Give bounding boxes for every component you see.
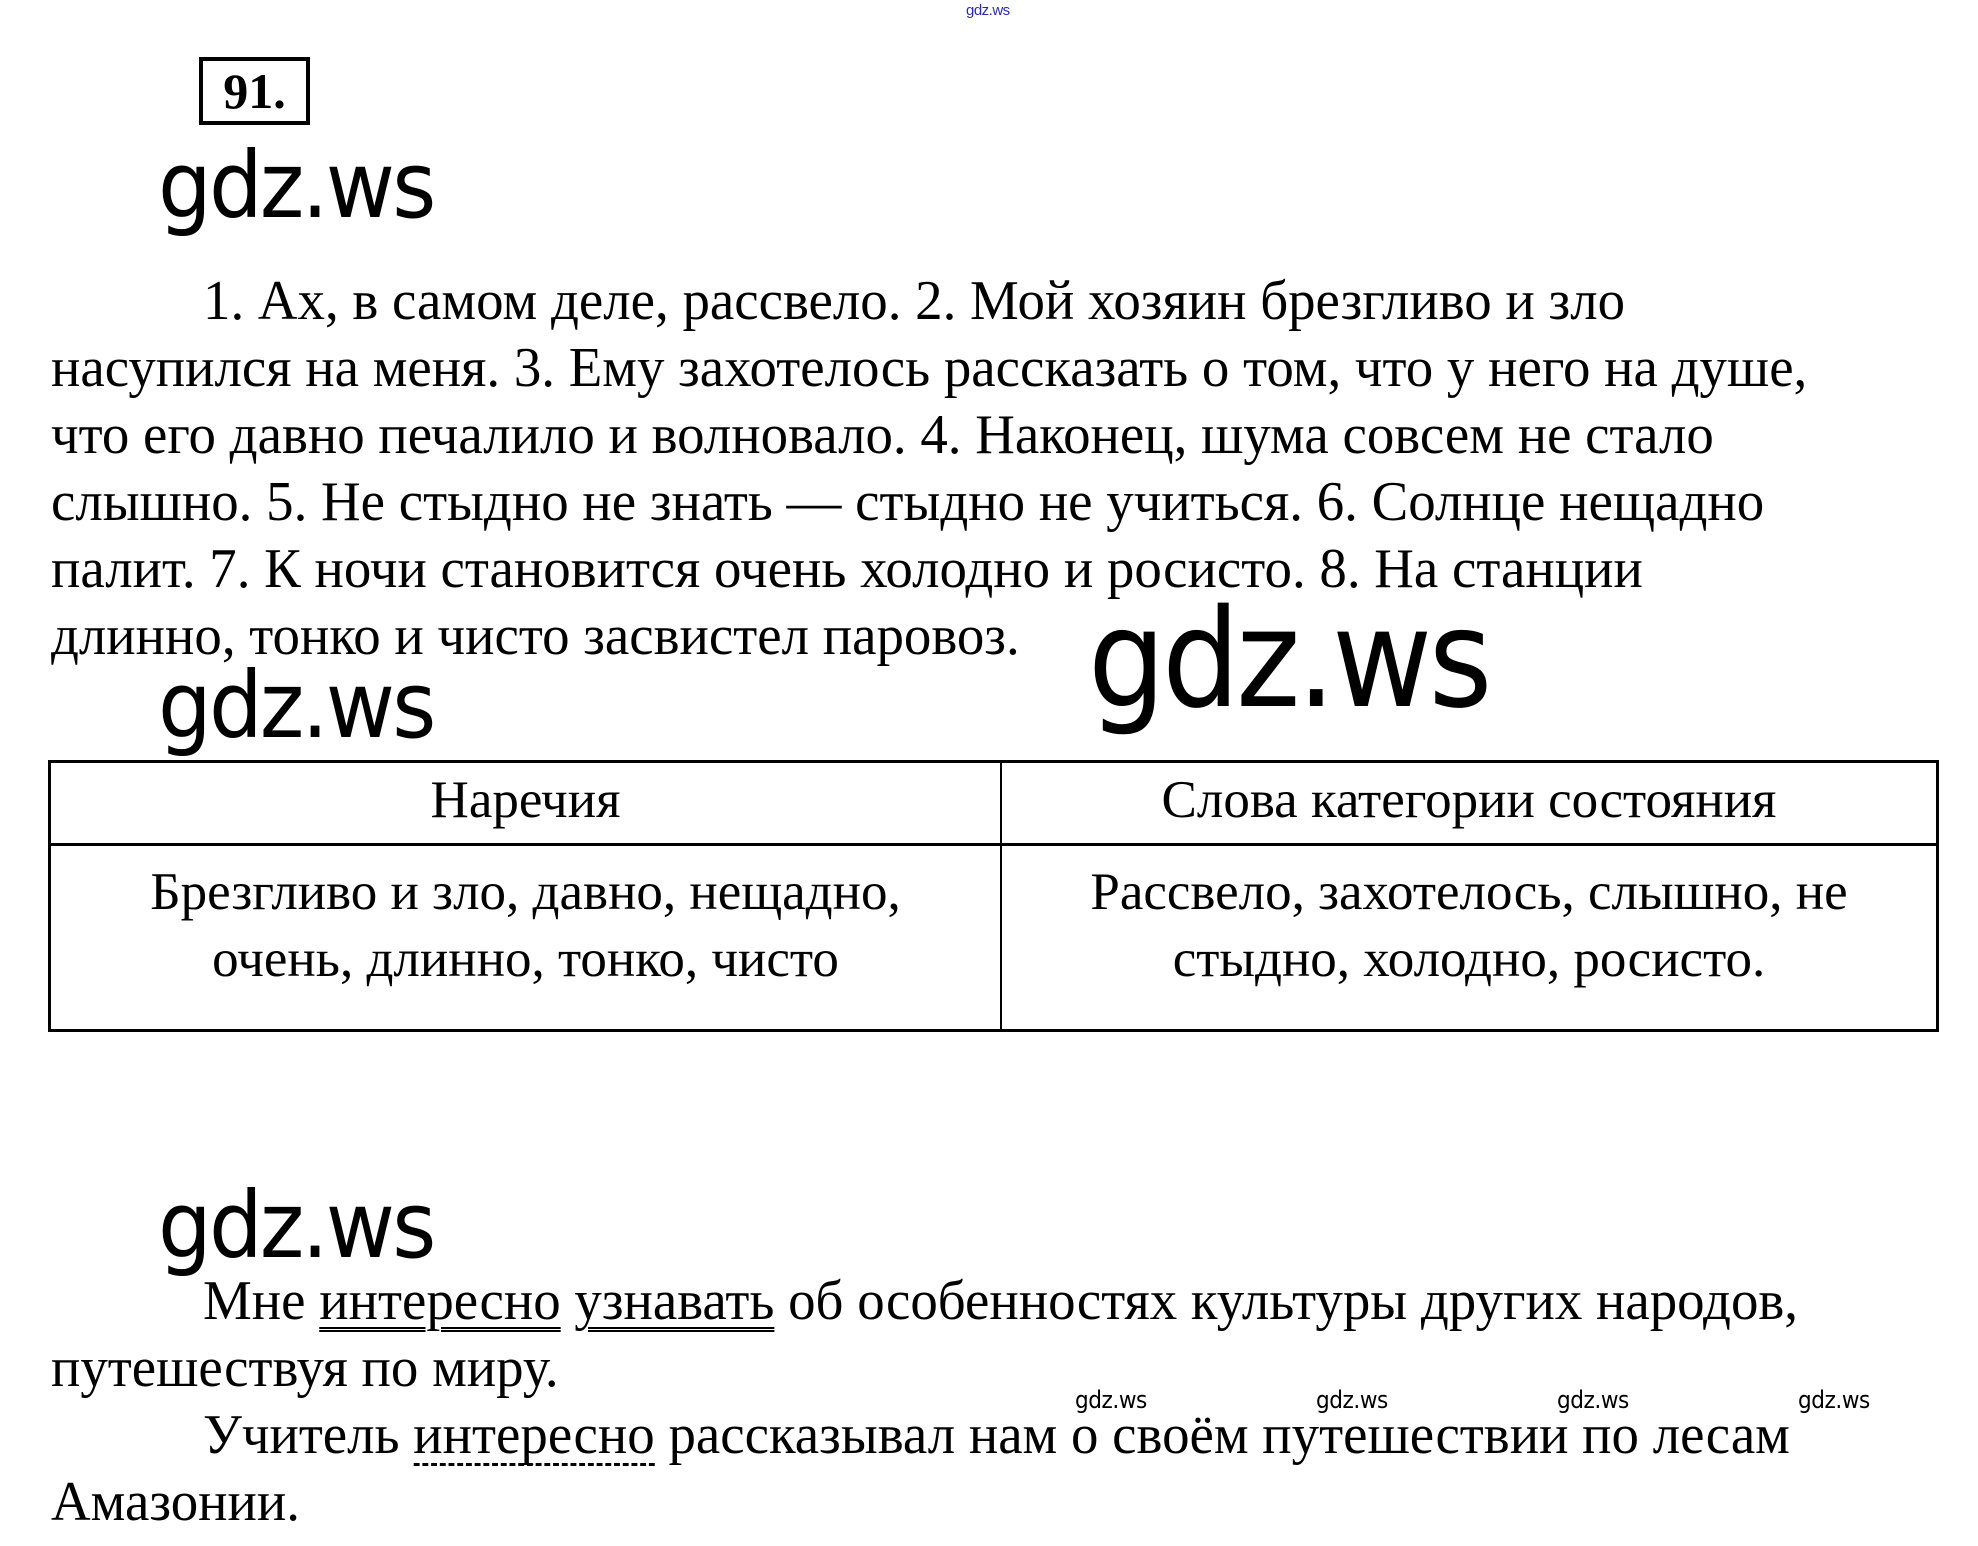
- paragraph-line-1: 1. Ах, в самом деле, рассвело. 2. Мой хо…: [203, 273, 1625, 329]
- watermark-small: gdz.ws: [1798, 1388, 1870, 1412]
- top-watermark: gdz.ws: [966, 2, 1010, 19]
- example-sentence-1-line-2: путешествуя по миру.: [51, 1340, 559, 1396]
- watermark-logo: gdz.ws: [158, 660, 434, 752]
- task-number: 91.: [203, 63, 306, 119]
- sentence-text: об особенностях культуры других народов,: [774, 1270, 1798, 1332]
- table-cell-adverbs: Брезгливо и зло, давно, нещадно, очень, …: [51, 859, 1000, 993]
- watermark-logo-large: gdz.ws: [1088, 592, 1489, 728]
- table-header-divider: [51, 843, 1936, 846]
- task-number-box: 91.: [199, 57, 310, 125]
- sentence-text: Мне: [203, 1270, 319, 1332]
- table-cell-state-words: Рассвело, захотелось, слышно, не стыдно,…: [1002, 859, 1936, 993]
- adverbial-underlined: интересно: [413, 1409, 654, 1466]
- example-sentence-2-line-2: Амазонии.: [51, 1474, 300, 1530]
- watermark-logo: gdz.ws: [158, 140, 434, 232]
- paragraph-line-3: что его давно печалило и волновало. 4. Н…: [51, 407, 1714, 463]
- paragraph-line-2: насупился на меня. 3. Ему захотелось рас…: [51, 340, 1807, 396]
- predicate-underlined: узнавать: [574, 1270, 774, 1332]
- sentence-text: [561, 1270, 575, 1332]
- predicate-underlined: интересно: [319, 1270, 560, 1332]
- watermark-logo: gdz.ws: [158, 1180, 434, 1272]
- table-cell-line: Рассвело, захотелось, слышно, не: [1002, 859, 1936, 926]
- sentence-text: рассказывал нам о своём путешествии по л…: [655, 1404, 1790, 1466]
- sentence-text: Учитель: [203, 1404, 413, 1466]
- table-header-state-words: Слова категории состояния: [1002, 767, 1936, 834]
- example-sentence-1: Мне интересно узнавать об особенностях к…: [203, 1273, 1798, 1329]
- example-sentence-2: Учитель интересно рассказывал нам о своё…: [203, 1407, 1790, 1466]
- table-header-adverbs: Наречия: [51, 767, 1000, 834]
- table-cell-line: очень, длинно, тонко, чисто: [51, 926, 1000, 993]
- paragraph-line-4: слышно. 5. Не стыдно не знать — стыдно н…: [51, 474, 1764, 530]
- table-cell-line: стыдно, холодно, росисто.: [1002, 926, 1936, 993]
- classification-table: Наречия Слова категории состояния Брезгл…: [48, 760, 1939, 1032]
- table-cell-line: Брезгливо и зло, давно, нещадно,: [51, 859, 1000, 926]
